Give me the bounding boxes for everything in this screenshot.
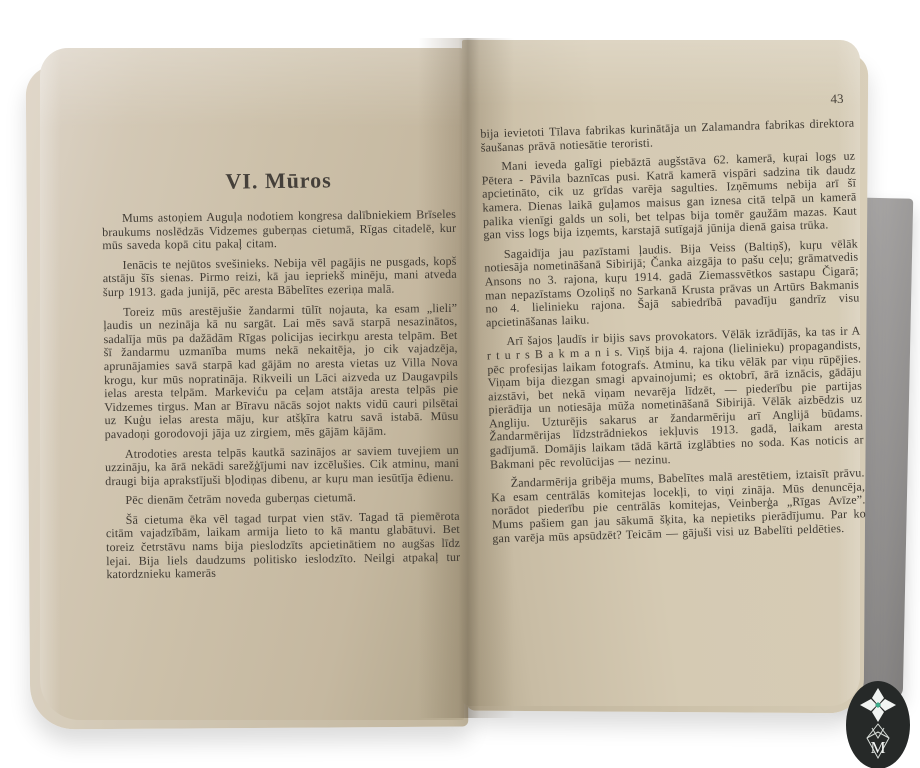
paragraph: Šā cietuma ēka vēl tagad turpat vien stā… (106, 510, 461, 582)
monogram-letter: M (870, 738, 885, 757)
paragraph: Ienācis te nejūtos svešinieks. Nebija vē… (103, 255, 457, 300)
paragraph: bija ievietoti Tīlava fabrikas kurinātāj… (480, 117, 855, 155)
left-page-text: VI. Mūros Mums astoņiem Auguļa nodotiem … (101, 166, 460, 588)
right-page-text: 43 bija ievietoti Tīlava fabrikas kurinā… (479, 91, 866, 552)
paragraph: Sagaidīja jau pazīstami ļaudis. Bija Vei… (484, 237, 860, 330)
paragraph: Atrodoties aresta telpās kautkā sazinājo… (105, 443, 459, 488)
paragraph: Arī šajos ļaudīs ir bijis savs provokato… (486, 325, 864, 472)
paragraph: Toreiz mūs arestējušie žandarmi tūlīt no… (103, 301, 459, 441)
paragraph: Pēc dienām četrām noveda guberņas cietum… (105, 490, 459, 508)
monogram-oval-icon: M (845, 680, 911, 768)
book-photo: VI. Mūros Mums astoņiem Auguļa nodotiem … (0, 0, 920, 768)
paragraph: Žandarmērija gribēja mums, Babelītes mal… (491, 467, 867, 546)
paragraph: Mums astoņiem Auguļa nodotiem kongresa d… (102, 208, 456, 253)
chapter-heading: VI. Mūros (101, 166, 455, 196)
publisher-watermark-logo: M (845, 680, 911, 768)
paragraph: Mani ieveda galīgi piebāztā augšstāva 62… (481, 150, 857, 243)
